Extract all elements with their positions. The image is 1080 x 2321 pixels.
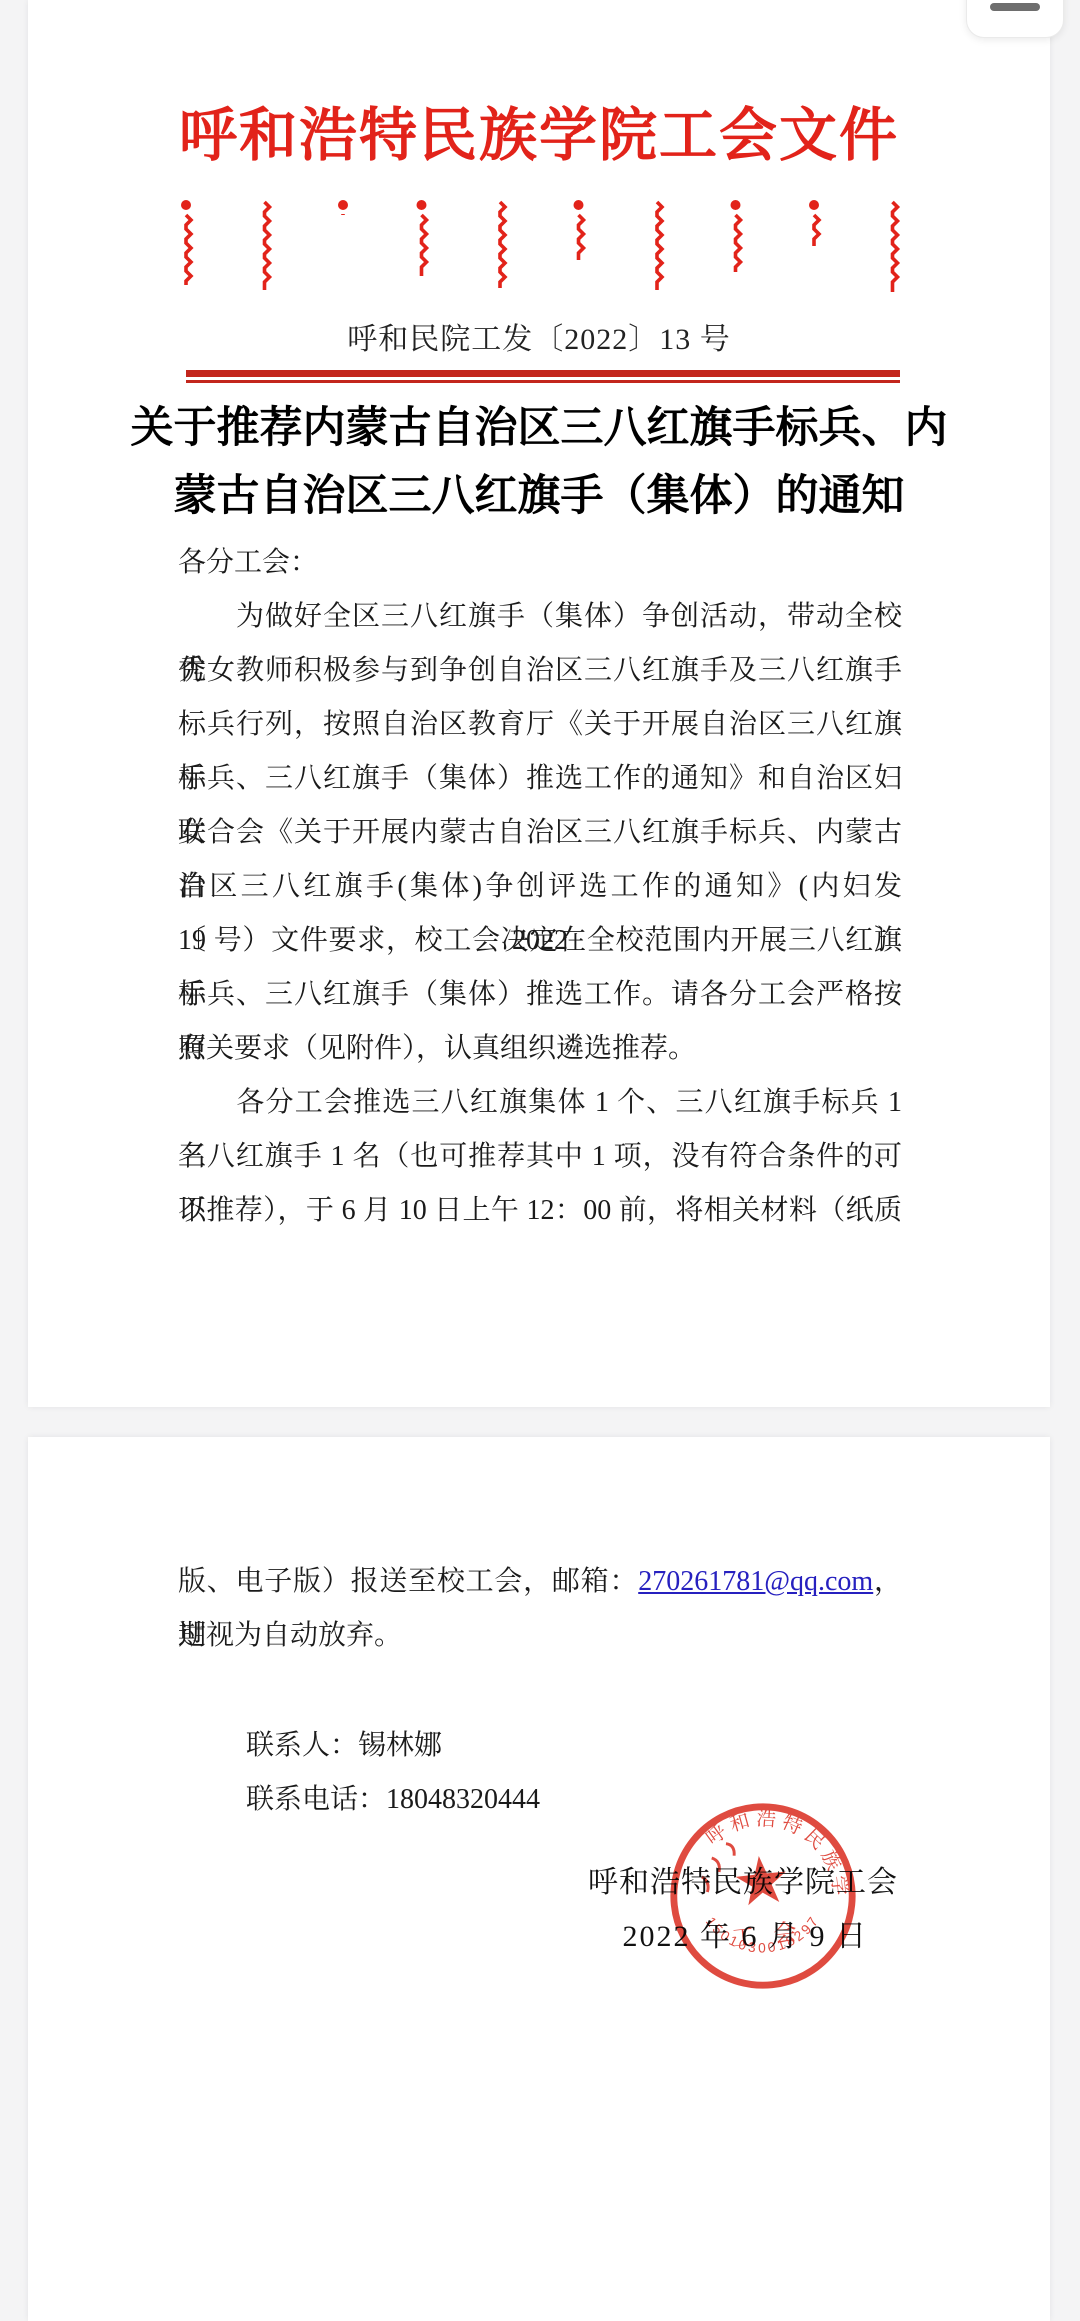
document-title-line2: 蒙古自治区三八红旗手（集体）的通知 xyxy=(28,462,1050,530)
body-line: 治区三八红旗手(集体)争创评选工作的通知》(内妇发〔2022〕 xyxy=(178,860,902,914)
mongolian-glyph-column xyxy=(422,215,427,276)
mongolian-glyph-column xyxy=(657,202,662,290)
mongolian-glyph-column xyxy=(265,202,270,290)
mongolian-glyph-column xyxy=(579,215,584,260)
document-number: 呼和民院工发〔2022〕13 号 xyxy=(28,314,1050,358)
official-seal-stamp: 呼和浩特民族学院 1501030018297 工 会 xyxy=(655,1788,870,2003)
body-text-page1: 各分工会： 为做好全区三八红旗手（集体）争创活动，带动全校优秀女教师积极参与到争… xyxy=(178,536,902,1238)
mongolian-script-row xyxy=(174,198,904,298)
email-link[interactable]: 270261781@qq.com xyxy=(638,1566,873,1597)
body-line: 联合会《关于开展内蒙古自治区三八红旗手标兵、内蒙古自 xyxy=(178,806,902,860)
mongolian-glyph-column xyxy=(893,202,898,292)
body-line: 标兵、三八红旗手（集体）推选工作的通知》和自治区妇女 xyxy=(178,752,902,806)
body-line: 秀女教师积极参与到争创自治区三八红旗手及三八红旗手 xyxy=(178,644,902,698)
mongolian-glyph-column xyxy=(186,215,191,285)
body-line: 各分工会： xyxy=(178,536,902,590)
document-page-1: 呼和浩特民族学院工会文件 呼和民院工发〔2022〕13 号 关于推荐内蒙古自治区… xyxy=(28,0,1050,1407)
body-line: 各分工会推选三八红旗集体 1 个、三八红旗手标兵 1 名、 xyxy=(178,1076,902,1130)
contact-phone: 联系电话：18048320444 xyxy=(246,1773,540,1827)
mongolian-glyph-column xyxy=(500,202,505,288)
document-title: 关于推荐内蒙古自治区三八红旗手标兵、内 蒙古自治区三八红旗手（集体）的通知 xyxy=(28,394,1050,530)
seal-mongolian-marks xyxy=(699,1843,738,1892)
rule-thick-line xyxy=(186,370,900,377)
collapse-menu-button[interactable] xyxy=(966,0,1064,38)
body-line: 版、电子版）报送至校工会，邮箱：270261781@qq.com，过 xyxy=(178,1555,902,1609)
red-divider-rule xyxy=(186,370,900,383)
document-page-2: 版、电子版）报送至校工会，邮箱：270261781@qq.com，过 期视为自动… xyxy=(28,1437,1050,2321)
document-title-line1: 关于推荐内蒙古自治区三八红旗手标兵、内 xyxy=(28,394,1050,462)
body-line: 期视为自动放弃。 xyxy=(178,1609,902,1663)
letterhead-title: 呼和浩特民族学院工会文件 xyxy=(28,100,1050,172)
mongolian-glyph-column xyxy=(736,215,741,272)
menu-bar-icon xyxy=(990,3,1040,11)
body-line: 标兵、三八红旗手（集体）推选工作。请各分工会严格按照 xyxy=(178,968,902,1022)
email-line-before: 版、电子版）报送至校工会，邮箱： xyxy=(178,1566,638,1597)
body-text-page2: 版、电子版）报送至校工会，邮箱：270261781@qq.com，过 期视为自动… xyxy=(178,1555,902,1663)
body-line: 为做好全区三八红旗手（集体）争创活动，带动全校优 xyxy=(178,590,902,644)
body-line: 有关要求（见附件），认真组织遴选推荐。 xyxy=(178,1022,902,1076)
mongolian-glyph-column xyxy=(814,215,819,246)
body-line: 19 号）文件要求，校工会决定在全校范围内开展三八红旗手 xyxy=(178,914,902,968)
seal-star-icon xyxy=(734,1853,789,1906)
contact-person: 联系人：锡林娜 xyxy=(246,1719,540,1773)
contact-block: 联系人：锡林娜 联系电话：18048320444 xyxy=(246,1719,540,1827)
rule-thin-line xyxy=(186,380,900,383)
document-viewer: 呼和浩特民族学院工会文件 呼和民院工发〔2022〕13 号 关于推荐内蒙古自治区… xyxy=(0,0,1080,2321)
body-line: 三八红旗手 1 名（也可推荐其中 1 项，没有符合条件的可以 xyxy=(178,1130,902,1184)
body-line: 标兵行列，按照自治区教育厅《关于开展自治区三八红旗手 xyxy=(178,698,902,752)
body-line: 不推荐），于 6 月 10 日上午 12：00 前，将相关材料（纸质 xyxy=(178,1184,902,1238)
